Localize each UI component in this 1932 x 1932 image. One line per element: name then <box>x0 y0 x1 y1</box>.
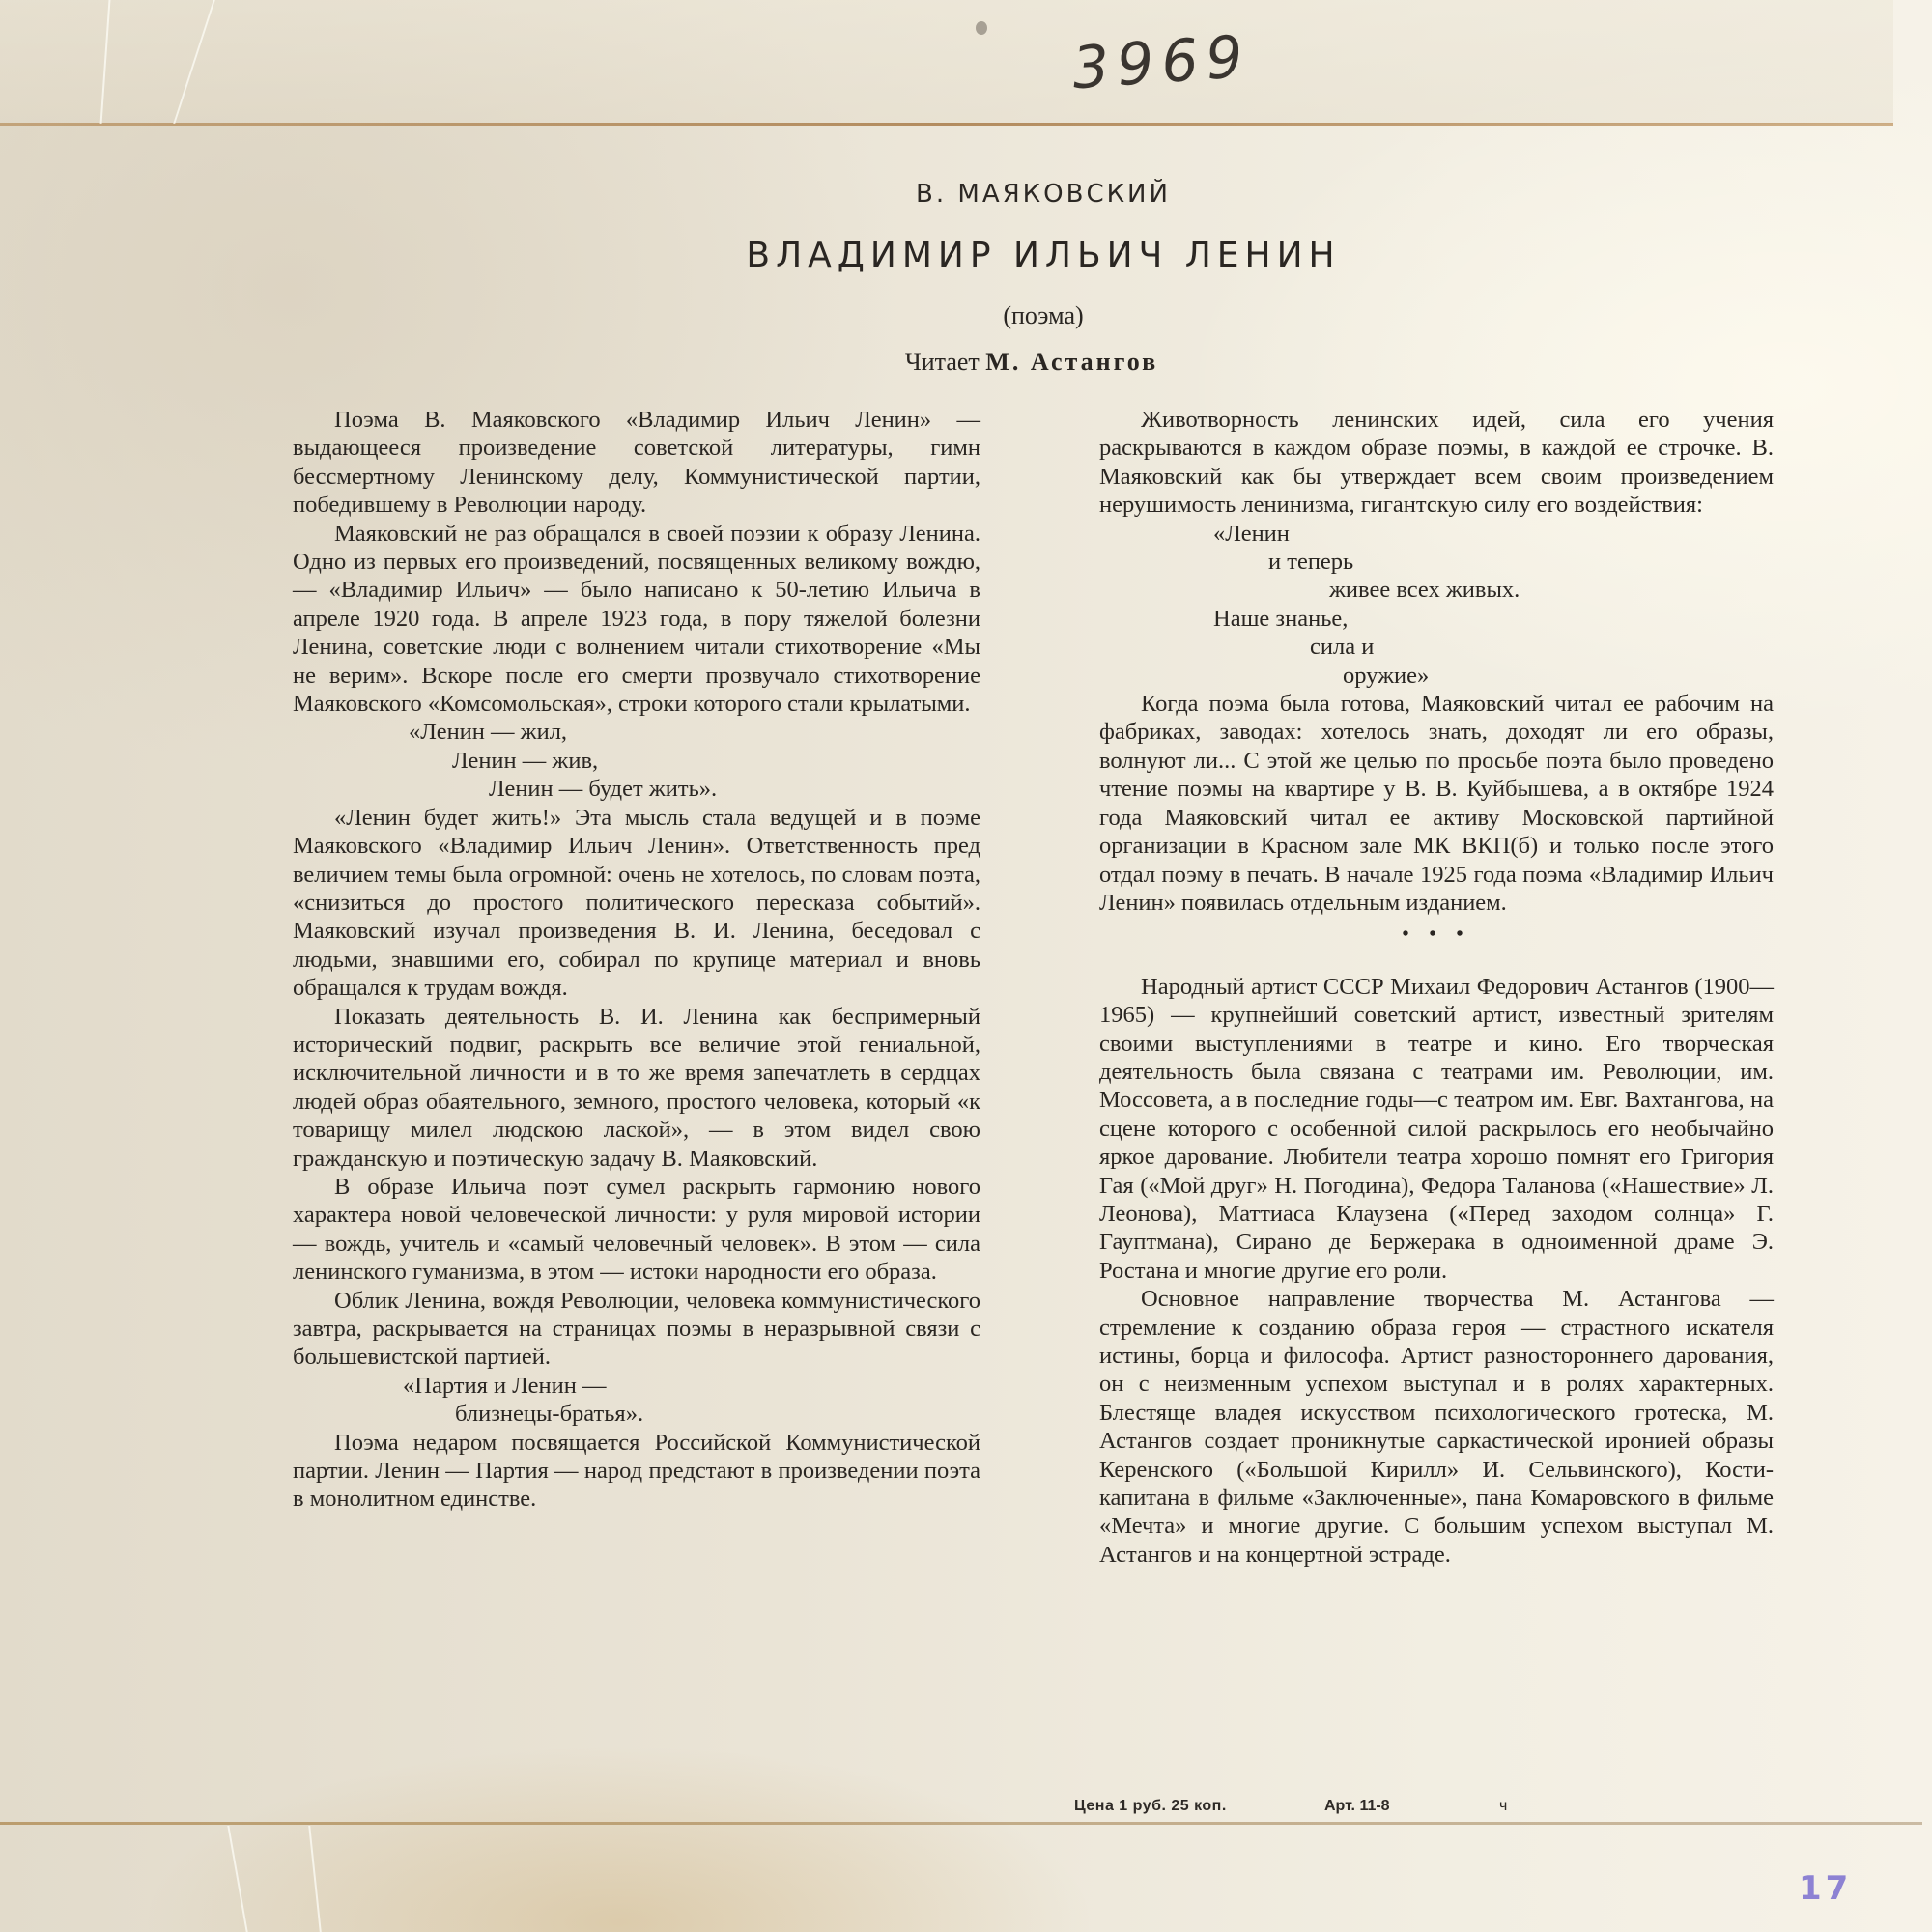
verse-line: «Партия и Ленин — <box>293 1372 980 1400</box>
poem-title: ВЛАДИМИР ИЛЬИЧ ЛЕНИН <box>0 236 1932 275</box>
verse-line: и теперь <box>1099 548 1774 576</box>
verse-line: «Ленин — жил, <box>293 718 980 746</box>
paragraph: «Ленин будет жить!» Эта мысль стала веду… <box>293 804 980 1003</box>
paragraph: В образе Ильича поэт сумел раскрыть гарм… <box>293 1173 980 1287</box>
verse-quote: «Партия и Ленин — близнецы-братья». <box>293 1372 980 1429</box>
verse-line: Ленин — будет жить». <box>293 775 980 803</box>
right-text-column: Животворность ленинских идей, сила его у… <box>1099 406 1774 1569</box>
paragraph: Показать деятельность В. И. Ленина как б… <box>293 1003 980 1173</box>
verse-line: Ленин — жив, <box>293 747 980 775</box>
paragraph: Народный артист СССР Михаил Федорович Ас… <box>1099 973 1774 1285</box>
verse-line: оружие» <box>1099 662 1774 690</box>
verse-line: близнецы-братья». <box>293 1400 980 1428</box>
paragraph: Поэма недаром посвящается Российской Ком… <box>293 1429 980 1514</box>
reader-credit: Читает М. Астангов <box>0 348 1932 377</box>
paragraph: Основное направление творчества М. Астан… <box>1099 1285 1774 1569</box>
poem-subtitle: (поэма) <box>0 301 1932 330</box>
paragraph: Когда поэма была готова, Маяковский чита… <box>1099 690 1774 917</box>
author-heading: В. МАЯКОВСКИЙ <box>0 180 1932 209</box>
section-separator: • • • <box>1099 921 1774 949</box>
sleeve-top-flap <box>0 0 1893 124</box>
paragraph: Маяковский не раз обращался в своей поэз… <box>293 520 980 719</box>
reader-name: М. Астангов <box>985 348 1158 376</box>
top-fold-line <box>0 123 1893 126</box>
verse-quote: «Ленин и теперь живее всех живых. Наше з… <box>1099 520 1774 690</box>
verse-line: сила и <box>1099 633 1774 661</box>
price-label: Цена 1 руб. 25 коп. <box>1074 1798 1227 1815</box>
verse-line: Наше знанье, <box>1099 605 1774 633</box>
article-number: Арт. 11-8 <box>1324 1798 1390 1815</box>
verse-quote: «Ленин — жил, Ленин — жив, Ленин — будет… <box>293 718 980 803</box>
reader-prefix: Читает <box>905 348 980 376</box>
paragraph: Облик Ленина, вождя Революции, человека … <box>293 1287 980 1372</box>
bottom-fold-line <box>0 1822 1922 1825</box>
print-mark: ч <box>1499 1798 1507 1815</box>
paragraph: Животворность ленинских идей, сила его у… <box>1099 406 1774 520</box>
pin-hole-mark <box>976 21 987 35</box>
handwritten-catalog-number: 3969 <box>1070 23 1253 103</box>
paragraph: Поэма В. Маяковского «Владимир Ильич Лен… <box>293 406 980 520</box>
left-text-column: Поэма В. Маяковского «Владимир Ильич Лен… <box>293 406 980 1514</box>
verse-line: живее всех живых. <box>1099 576 1774 604</box>
verse-line: «Ленин <box>1099 520 1774 548</box>
ink-stamp-number: 17 <box>1799 1869 1852 1908</box>
